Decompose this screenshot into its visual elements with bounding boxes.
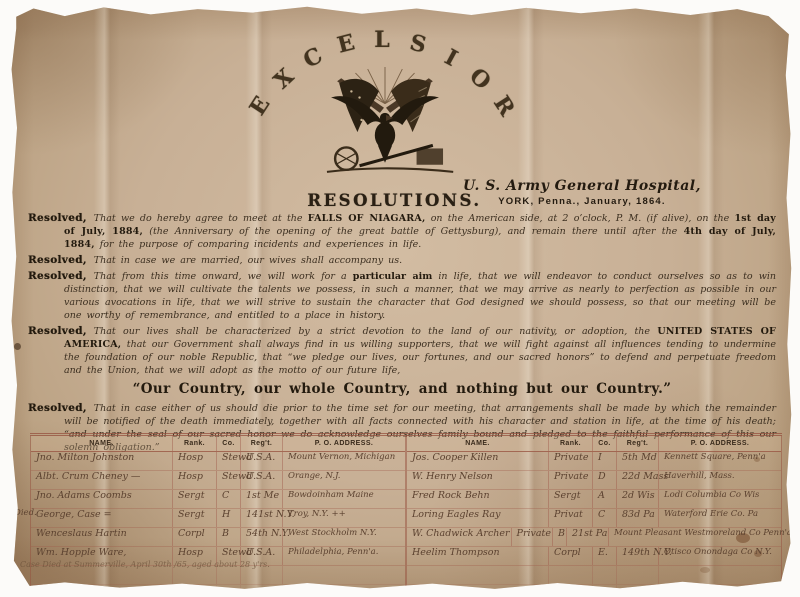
empty-cell xyxy=(31,585,173,597)
column-header: Co. xyxy=(593,436,617,451)
handwritten-co: B xyxy=(217,528,241,546)
handwritten-regt: 21st Pa xyxy=(567,528,609,546)
handwritten-regt: 141st N.Y. xyxy=(241,509,283,527)
motto-line: “Our Country, our whole Country, and not… xyxy=(28,381,776,397)
signature-table: NAME.Rank.Co.Reg't.P. O. ADDRESS.Jno. Mi… xyxy=(30,433,782,588)
resolved-label: Resolved, xyxy=(28,212,87,224)
empty-cell xyxy=(549,585,593,597)
handwritten-regt: 149th N.Y. xyxy=(617,547,659,565)
empty-cell xyxy=(173,585,217,597)
resolution-text: that our Government shall always find in… xyxy=(64,339,776,376)
death-footnote: Case Died at Summerville, April 30th /65… xyxy=(20,560,350,569)
table-header-row: NAME.Rank.Co.Reg't.P. O. ADDRESS. xyxy=(31,436,405,452)
empty-cell xyxy=(617,566,659,584)
handwritten-address: Troy, N.Y. ++ xyxy=(283,509,405,527)
handwritten-address: West Stockholm N.Y. xyxy=(283,528,405,546)
handwritten-rank: Sergt xyxy=(173,490,217,508)
table-row: W. Henry NelsonPrivateD22d MassHaverhill… xyxy=(407,471,781,490)
handwritten-name: W. Chadwick Archer xyxy=(407,528,512,546)
empty-ruled-row xyxy=(407,585,781,597)
handwritten-regt: U.S.A. xyxy=(241,452,283,470)
hospital-place-date: YORK, Penna., January, 1864. xyxy=(442,196,722,207)
handwritten-regt: 22d Mass xyxy=(617,471,659,489)
resolution-text: on the American side, at 2 o’clock, P. M… xyxy=(425,213,734,224)
table-header-row: NAME.Rank.Co.Reg't.P. O. ADDRESS. xyxy=(407,436,781,452)
title-letter: X xyxy=(268,63,298,94)
table-row: Jno. Milton JohnstonHospStewdU.S.A.Mount… xyxy=(31,452,405,471)
handwritten-name: Fred Rock Behn xyxy=(407,490,549,508)
empty-ruled-row xyxy=(407,566,781,585)
handwritten-address: Bowdoinham Maine xyxy=(283,490,405,508)
table-row: Loring Eagles RayPrivatC83d PaWaterford … xyxy=(407,509,781,528)
resolution-paragraph: Resolved,That in case we are married, ou… xyxy=(28,254,776,267)
handwritten-rank: Sergt xyxy=(173,509,217,527)
handwritten-address: Orange, N.J. xyxy=(283,471,405,489)
resolution-paragraph: Resolved,That our lives shall be charact… xyxy=(28,325,776,377)
hospital-heading: U. S. Army General Hospital, YORK, Penna… xyxy=(442,178,722,207)
title-letter: L xyxy=(374,27,389,53)
table-row: George, Case =SergtH141st N.Y.Troy, N.Y.… xyxy=(31,509,405,528)
handwritten-name: Heelim Thompson xyxy=(407,547,549,565)
resolved-label: Resolved, xyxy=(28,402,87,414)
handwritten-address: Mount Vernon, Michigan xyxy=(283,452,405,470)
resolved-label: Resolved, xyxy=(28,254,87,266)
table-row: Wenceslaus HartinCorplB54th N.Y.West Sto… xyxy=(31,528,405,547)
handwritten-co: D xyxy=(593,471,617,489)
column-header: NAME. xyxy=(407,436,549,451)
handwritten-address: Otisco Onondaga Co N.Y. xyxy=(659,547,781,565)
died-margin-note: Died. xyxy=(14,508,37,518)
handwritten-regt: 54th N.Y. xyxy=(241,528,283,546)
resolutions-list: Resolved,That we do hereby agree to meet… xyxy=(28,212,776,457)
resolution-text: That our lives shall be characterized by… xyxy=(94,326,658,337)
title-letter: R xyxy=(488,91,520,121)
resolution-paragraph: Resolved,That we do hereby agree to meet… xyxy=(28,212,776,251)
empty-cell xyxy=(659,566,781,584)
title-letter: S xyxy=(407,30,429,59)
handwritten-rank: Corpl xyxy=(173,528,217,546)
handwritten-rank: Private xyxy=(549,471,593,489)
handwritten-address: Waterford Erie Co. Pa xyxy=(659,509,781,527)
resolved-label: Resolved, xyxy=(28,270,87,282)
title-letter: E xyxy=(245,92,276,120)
empty-ruled-row xyxy=(31,585,405,597)
handwritten-rank: Corpl xyxy=(549,547,593,565)
empty-cell xyxy=(593,566,617,584)
handwritten-regt: 83d Pa xyxy=(617,509,659,527)
empty-cell xyxy=(241,585,283,597)
handwritten-name: W. Henry Nelson xyxy=(407,471,549,489)
handwritten-regt: 5th Md xyxy=(617,452,659,470)
column-header: P. O. ADDRESS. xyxy=(659,436,781,451)
empty-cell xyxy=(283,585,405,597)
column-header: Reg't. xyxy=(241,436,283,451)
handwritten-name: George, Case = xyxy=(31,509,173,527)
resolution-text: for the purpose of comparing incidents a… xyxy=(95,239,422,250)
empty-cell xyxy=(549,566,593,584)
signature-table-right-group: NAME.Rank.Co.Reg't.P. O. ADDRESS.Jos. Co… xyxy=(406,436,782,597)
empty-cell xyxy=(217,585,241,597)
ink-stain xyxy=(14,343,21,350)
resolution-text: That from this time onward, we will work… xyxy=(94,271,353,282)
handwritten-co: C xyxy=(593,509,617,527)
column-header: P. O. ADDRESS. xyxy=(283,436,405,451)
resolution-text: particular aim xyxy=(353,271,432,282)
handwritten-rank: Hosp xyxy=(173,452,217,470)
column-header: Rank. xyxy=(173,436,217,451)
handwritten-address: Haverhill, Mass. xyxy=(659,471,781,489)
empty-cell xyxy=(407,566,549,584)
table-row: Jno. Adams CoombsSergtC1st MeBowdoinham … xyxy=(31,490,405,509)
table-row: Jos. Cooper KillenPrivateI5th MdKennett … xyxy=(407,452,781,471)
handwritten-rank: Hosp xyxy=(173,471,217,489)
handwritten-co: B xyxy=(553,528,567,546)
signature-table-left-group: NAME.Rank.Co.Reg't.P. O. ADDRESS.Jno. Mi… xyxy=(30,436,406,597)
resolution-text: That in case we are married, our wives s… xyxy=(94,255,402,266)
handwritten-co: H xyxy=(217,509,241,527)
aged-paper-sheet: EXCELSIOR xyxy=(10,5,792,590)
handwritten-name: Jos. Cooper Killen xyxy=(407,452,549,470)
handwritten-name: Wenceslaus Hartin xyxy=(31,528,173,546)
resolution-paragraph: Resolved,That from this time onward, we … xyxy=(28,270,776,322)
handwritten-rank: Privat xyxy=(549,509,593,527)
handwritten-co: Stewd xyxy=(217,471,241,489)
title-letter: E xyxy=(335,30,358,59)
resolution-text: FALLS OF NIAGARA, xyxy=(308,213,426,224)
handwritten-name: Loring Eagles Ray xyxy=(407,509,549,527)
table-row: W. Chadwick ArcherPrivateB21st PaMount P… xyxy=(407,528,781,547)
empty-cell xyxy=(593,585,617,597)
hospital-name: U. S. Army General Hospital, xyxy=(442,178,722,194)
handwritten-name: Jno. Milton Johnston xyxy=(31,452,173,470)
column-header: Rank. xyxy=(549,436,593,451)
handwritten-name: Jno. Adams Coombs xyxy=(31,490,173,508)
handwritten-address: Mount Pleasant Westmoreland Co Penn'a xyxy=(609,528,793,546)
resolution-text: That we do hereby agree to meet at the xyxy=(94,213,308,224)
handwritten-co: C xyxy=(217,490,241,508)
handwritten-address: Lodi Columbia Co Wis xyxy=(659,490,781,508)
empty-cell xyxy=(659,585,781,597)
column-header: NAME. xyxy=(31,436,173,451)
handwritten-rank: Sergt xyxy=(549,490,593,508)
handwritten-co: Stewd xyxy=(217,452,241,470)
handwritten-co: A xyxy=(593,490,617,508)
handwritten-co: E. xyxy=(593,547,617,565)
handwritten-regt: U.S.A. xyxy=(241,471,283,489)
handwritten-regt: 1st Me xyxy=(241,490,283,508)
document-scan: EXCELSIOR xyxy=(0,0,800,597)
handwritten-name: Albt. Crum Cheney — xyxy=(31,471,173,489)
empty-cell xyxy=(407,585,549,597)
table-row: Albt. Crum Cheney —HospStewdU.S.A.Orange… xyxy=(31,471,405,490)
handwritten-regt: 2d Wis xyxy=(617,490,659,508)
handwritten-co: I xyxy=(593,452,617,470)
table-row: Fred Rock BehnSergtA2d WisLodi Columbia … xyxy=(407,490,781,509)
table-row: Heelim ThompsonCorplE.149th N.Y.Otisco O… xyxy=(407,547,781,566)
resolution-text: (the Anniversary of the opening of the g… xyxy=(143,226,684,237)
handwritten-rank: Private xyxy=(549,452,593,470)
column-header: Reg't. xyxy=(617,436,659,451)
eagle-flags-engraving xyxy=(298,67,472,179)
handwritten-rank: Private xyxy=(512,528,553,546)
empty-cell xyxy=(617,585,659,597)
handwritten-address: Kennett Square, Penn'a xyxy=(659,452,781,470)
resolved-label: Resolved, xyxy=(28,325,87,337)
column-header: Co. xyxy=(217,436,241,451)
